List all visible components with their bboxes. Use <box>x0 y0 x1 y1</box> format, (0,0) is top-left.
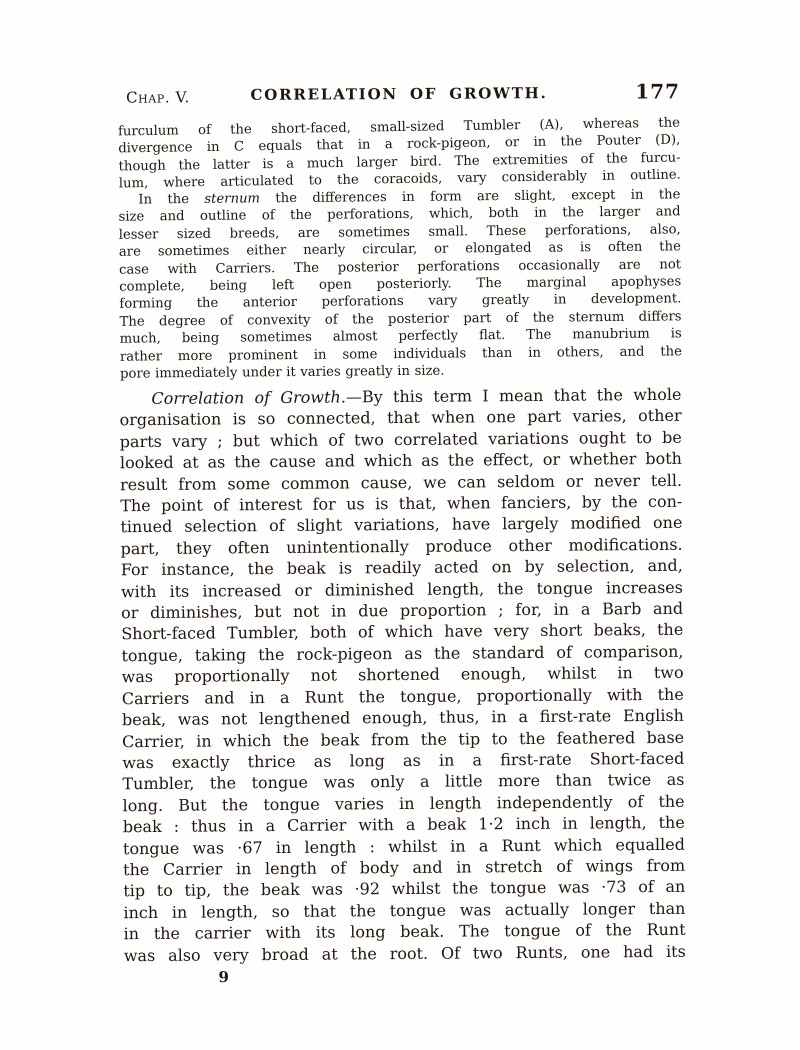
paragraph: Correlation of Growth.—By this term I me… <box>119 384 686 966</box>
body-text: or diminishes, but not in due proportion… <box>121 599 683 622</box>
body-text: Carrier, in which the beak from the tip … <box>122 727 684 750</box>
body-text: beak, was not lengthened enough, thus, i… <box>122 706 684 729</box>
body-text: For instance, the beak is readily acted … <box>121 556 683 579</box>
page-number: 177 <box>635 79 680 103</box>
body-text: Short-faced Tumbler, both of which have … <box>121 620 683 643</box>
body-text: was also very broad at the root. Of two … <box>124 941 686 964</box>
body-text: inch in length, so that the tongue was a… <box>123 899 685 922</box>
page-body: furculum of the short-faced, small-sized… <box>118 117 685 965</box>
body-text: beak : thus in a Carrier with a beak 1·2… <box>123 813 685 836</box>
body-text: tinued selection of slight variations, h… <box>120 513 682 536</box>
body-text: The point of interest for us is that, wh… <box>120 492 682 515</box>
body-text: —By this term I mean that the whole <box>346 385 682 407</box>
italic-text: Correlation of Growth. <box>151 388 346 409</box>
chapter-label: Chap. V. <box>126 88 190 106</box>
paragraph: In the sternum the differences in form a… <box>118 186 682 383</box>
body-text: was proportionally not shortened enough,… <box>122 663 684 686</box>
book-page: Chap. V. CORRELATION OF GROWTH. 177 furc… <box>0 0 800 1050</box>
body-text: result from some common cause, we can se… <box>120 471 682 494</box>
body-text: long. But the tongue varies in length in… <box>123 792 685 815</box>
body-text: pore immediately under it varies greatly… <box>120 363 445 381</box>
italic-text: sternum <box>204 191 260 207</box>
body-text: In the <box>138 191 204 207</box>
body-text: with its increased or diminished length,… <box>121 578 683 601</box>
signature-mark: 9 <box>123 965 685 986</box>
paragraph: furculum of the short-faced, small-sized… <box>118 115 681 193</box>
page-content: Chap. V. CORRELATION OF GROWTH. 177 furc… <box>118 82 685 986</box>
body-text: the differences in form are slight, exce… <box>260 187 680 206</box>
body-text: was exactly thrice as long as in a first… <box>122 749 684 772</box>
body-text: Tumbler, the tongue was only a little mo… <box>122 770 684 793</box>
body-text: parts vary ; but which of two correlated… <box>120 428 682 451</box>
body-text: tip to tip, the beak was ·92 whilst the … <box>123 877 685 900</box>
body-text: in the carrier with its long beak. The t… <box>124 920 686 943</box>
body-text: part, they often unintentionally produce… <box>121 535 683 558</box>
body-text: the Carrier in length of body and in str… <box>123 856 685 879</box>
body-text: looked at as the cause and which as the … <box>120 449 682 472</box>
body-text: Carriers and in a Runt the tongue, propo… <box>122 685 684 708</box>
running-title: CORRELATION OF GROWTH. <box>118 82 680 104</box>
body-text: organisation is so connected, that when … <box>120 406 682 429</box>
body-text: tongue was ·67 in length : whilst in a R… <box>123 834 685 857</box>
page-header: Chap. V. CORRELATION OF GROWTH. 177 <box>118 82 680 107</box>
text-line: was also very broad at the root. Of two … <box>124 940 686 966</box>
body-text: tongue, taking the rock-pigeon as the st… <box>121 642 683 665</box>
